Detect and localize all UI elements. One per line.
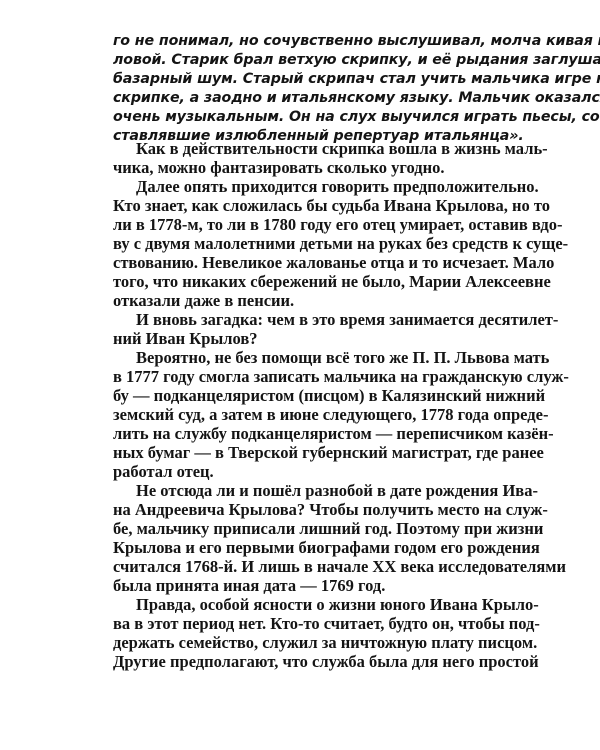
body-line: отказали даже в пенсии.	[113, 291, 516, 310]
quote-line: скрипке, а заодно и итальянскому языку. …	[113, 89, 516, 108]
quote-line: ловой. Старик брал ветхую скрипку, и её …	[113, 51, 516, 70]
body-line: работал отец.	[113, 462, 516, 481]
body-line: считался 1768-й. И лишь в начале XX века…	[113, 557, 516, 576]
body-line: бу — подканцеляристом (писцом) в Калязин…	[113, 386, 516, 405]
quote-line: базарный шум. Старый скрипач стал учить …	[113, 70, 516, 89]
body-line: Далее опять приходится говорить предполо…	[136, 177, 516, 196]
body-line: ву с двумя малолетними детьми на руках б…	[113, 234, 516, 253]
body-line: в 1777 году смогла записать мальчика на …	[113, 367, 516, 386]
body-line: была принята иная дата — 1769 год.	[113, 576, 516, 595]
body-line: того, что никаких сбережений не было, Ма…	[113, 272, 516, 291]
body-line: ных бумаг — в Тверской губернский магист…	[113, 443, 516, 462]
body-line: Кто знает, как сложилась бы судьба Ивана…	[113, 196, 516, 215]
body-line: держать семейство, служил за ничтожную п…	[113, 633, 516, 652]
body-line: ствованию. Невеликое жалованье отца и то…	[113, 253, 516, 272]
body-line: Другие предполагают, что служба была для…	[113, 652, 516, 671]
body-line: ний Иван Крылов?	[113, 329, 516, 348]
body-line: Как в действительности скрипка вошла в ж…	[136, 139, 516, 158]
body-line: Правда, особой ясности о жизни юного Ива…	[136, 595, 516, 614]
body-line: ли в 1778-м, то ли в 1780 году его отец …	[113, 215, 516, 234]
body-line: Крылова и его первыми биографами годом е…	[113, 538, 516, 557]
body-line: земский суд, а затем в июне следующего, …	[113, 405, 516, 424]
body-line: на Андреевича Крылова? Чтобы получить ме…	[113, 500, 516, 519]
quote-line: очень музыкальным. Он на слух выучился и…	[113, 108, 516, 127]
body-line: Не отсюда ли и пошёл разнобой в дате рож…	[136, 481, 516, 500]
body-line: бе, мальчику приписали лишний год. Поэто…	[113, 519, 516, 538]
body-line: лить на службу подканцеляристом — перепи…	[113, 424, 516, 443]
body-line: И вновь загадка: чем в это время занимае…	[136, 310, 516, 329]
body-line: ва в этот период нет. Кто-то считает, бу…	[113, 614, 516, 633]
body-line: Вероятно, не без помощи всё того же П. П…	[136, 348, 516, 367]
body-line: чика, можно фантазировать сколько угодно…	[113, 158, 516, 177]
book-page: го не понимал, но сочувственно выслушива…	[0, 0, 600, 750]
quote-line: го не понимал, но сочувственно выслушива…	[113, 32, 516, 51]
